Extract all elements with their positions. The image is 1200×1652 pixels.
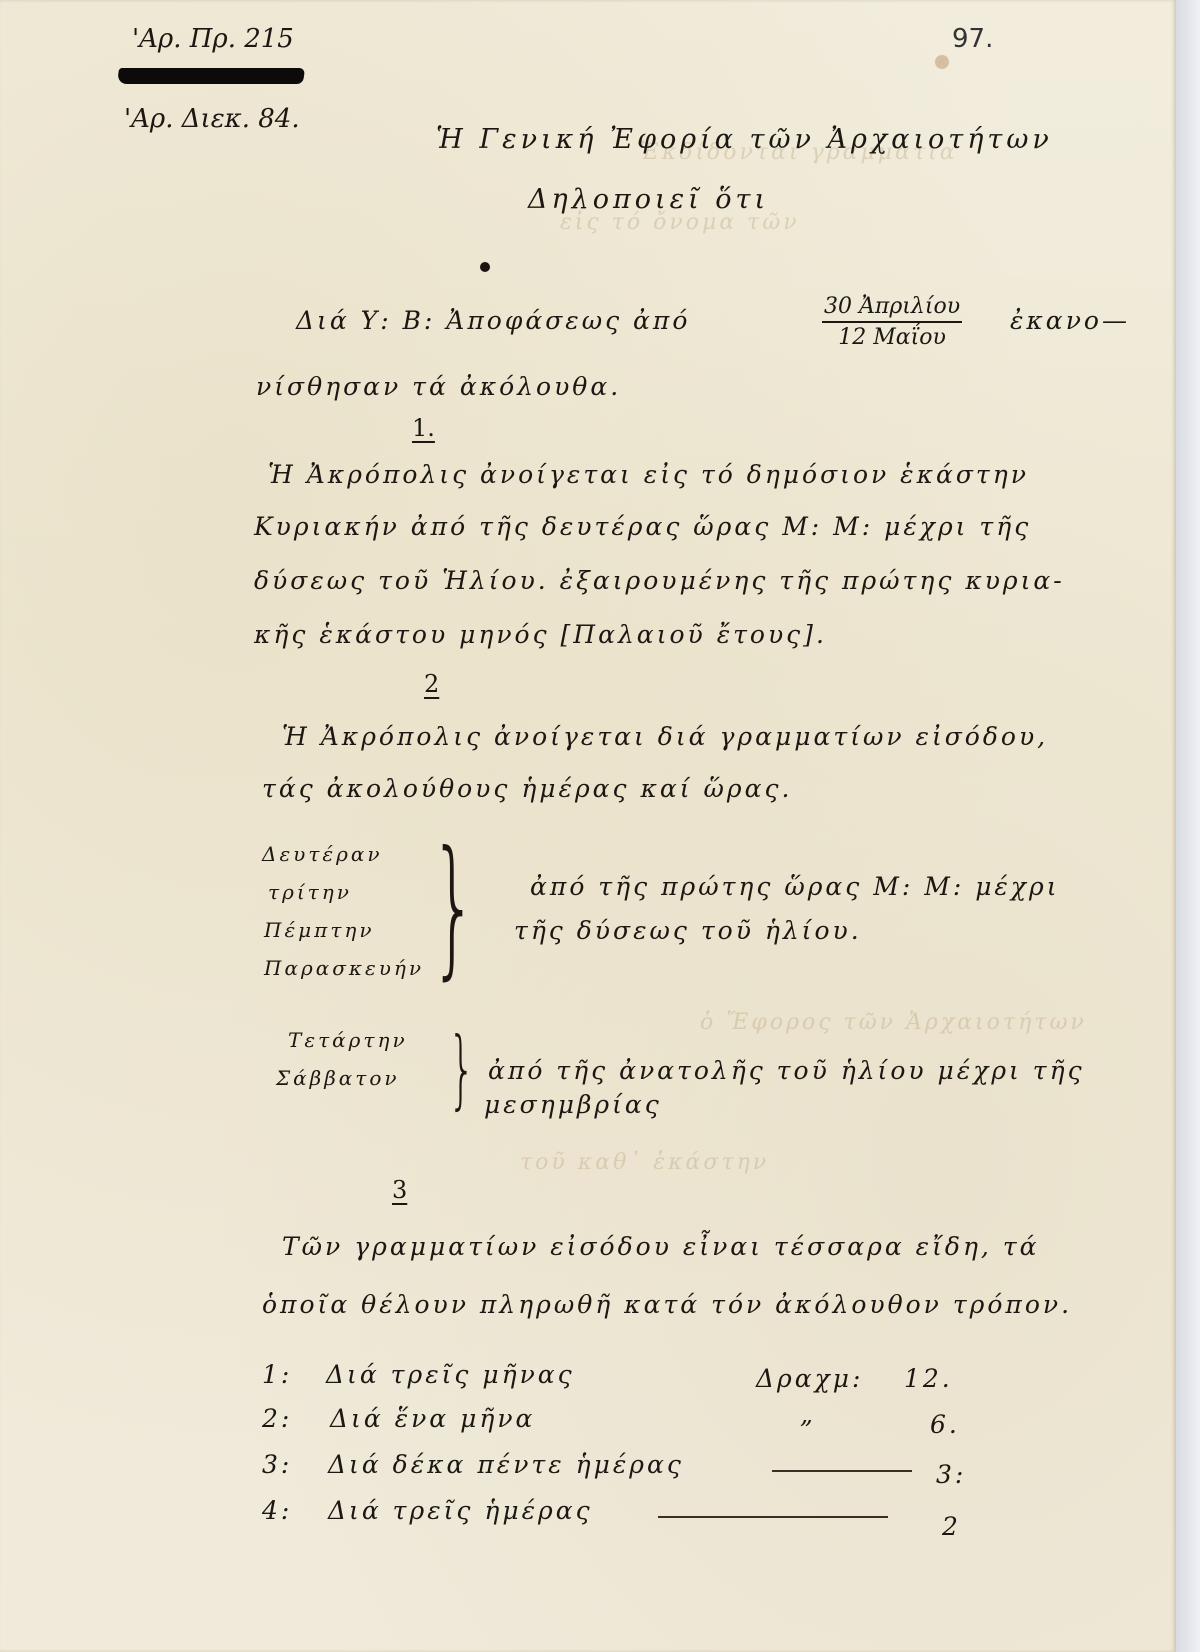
leader-line xyxy=(772,1470,912,1472)
section-1-line: Ἡ Ἀκρόπολις ἀνοίγεται εἰς τό δημόσιον ἑκ… xyxy=(268,460,1029,489)
section-number-2: 2 xyxy=(424,670,439,698)
fee-label: Διά ἕνα μῆνα xyxy=(330,1404,535,1433)
manuscript-page: Ἐκδίδονται γραμμάτια εἰς τό ὄνομα τῶν ὁ … xyxy=(0,0,1176,1652)
archive-ref-dispatch: 'Αρ. Διεκ. 84. xyxy=(124,104,300,134)
decree-date-old-style: 30 Ἀπριλίου xyxy=(822,294,962,323)
day-label: τρίτην xyxy=(268,880,352,904)
fee-unit: „ xyxy=(800,1400,816,1429)
ink-blot xyxy=(480,262,490,272)
hours-line: ἀπό τῆς ἀνατολῆς τοῦ ἡλίου μέχρι τῆς xyxy=(488,1056,1085,1085)
day-label: Τετάρτην xyxy=(288,1028,408,1052)
day-label: Πέμπτην xyxy=(264,918,375,942)
scan-background-edge xyxy=(1176,0,1200,1652)
folio-number: 97. xyxy=(952,24,993,54)
fee-index: 1: xyxy=(262,1360,292,1389)
decree-date-new-style: 12 Μαΐου xyxy=(822,323,962,350)
redaction-stroke xyxy=(117,68,305,84)
section-2-line: τάς ἀκολούθους ἡμέρας καί ὥρας. xyxy=(262,774,792,803)
hours-line: τῆς δύσεως τοῦ ἡλίου. xyxy=(514,916,862,945)
intro-line1: Διά Υ: Β: Ἀποφάσεως ἀπό xyxy=(296,306,690,335)
foxing-spot xyxy=(935,55,949,69)
curly-brace: } xyxy=(430,832,478,982)
section-number-3: 3 xyxy=(392,1176,407,1204)
fee-index: 4: xyxy=(262,1496,292,1525)
bleed-through-text: ὁ Ἔφορος τῶν Ἀρχαιοτήτων xyxy=(700,1010,1087,1035)
fee-index: 2: xyxy=(262,1404,292,1433)
fee-label: Διά τρεῖς μῆνας xyxy=(326,1360,575,1389)
curly-brace: } xyxy=(448,1026,475,1112)
fee-unit: Δραχμ: xyxy=(756,1364,863,1393)
archive-ref-protocol: 'Αρ. Πρ. 215 xyxy=(132,24,294,54)
day-label: Σάββατον xyxy=(276,1066,400,1090)
intro-line2: νίσθησαν τά ἀκόλουθα. xyxy=(256,372,621,401)
bleed-through-text: τοῦ καθ᾽ ἑκάστην xyxy=(520,1150,769,1175)
fee-amount: 3: xyxy=(936,1460,966,1489)
fee-label: Διά δέκα πέντε ἡμέρας xyxy=(328,1450,684,1479)
section-3-line: Τῶν γραμματίων εἰσόδου εἶναι τέσσαρα εἴδ… xyxy=(282,1232,1040,1261)
heading-title: Ἡ Γενική Ἐφορία τῶν Ἀρχαιοτήτων xyxy=(436,124,1053,155)
day-label: Δευτέραν xyxy=(262,842,383,866)
intro-line1-end: ἐκανο— xyxy=(1010,306,1130,335)
leader-line xyxy=(658,1516,888,1518)
section-2-line: Ἡ Ἀκρόπολις ἀνοίγεται διά γραμματίων εἰσ… xyxy=(282,722,1048,751)
fee-amount: 12. xyxy=(904,1364,953,1393)
hours-line: μεσημβρίας xyxy=(484,1090,662,1119)
section-1-line: κῆς ἑκάστου μηνός [Παλαιοῦ ἔτους]. xyxy=(254,620,827,649)
heading-declares: Δηλοποιεῖ ὅτι xyxy=(528,184,769,215)
section-3-line: ὁποῖα θέλουν πληρωθῆ κατά τόν ἀκόλουθον … xyxy=(262,1290,1072,1319)
section-1-line: Κυριακήν ἀπό τῆς δευτέρας ὥρας Μ: Μ: μέχ… xyxy=(254,512,1031,541)
hours-line: ἀπό τῆς πρώτης ὥρας Μ: Μ: μέχρι xyxy=(530,872,1060,901)
section-number-1: 1. xyxy=(412,414,435,442)
fee-amount: 6. xyxy=(930,1410,960,1439)
fee-amount: 2 xyxy=(942,1512,961,1541)
fee-index: 3: xyxy=(262,1450,292,1479)
day-label: Παρασκευήν xyxy=(264,956,424,980)
section-1-line: δύσεως τοῦ Ἡλίου. ἐξαιρουμένης τῆς πρώτη… xyxy=(254,566,1065,595)
fee-label: Διά τρεῖς ἡμέρας xyxy=(328,1496,593,1525)
decree-date: 30 Ἀπριλίου 12 Μαΐου xyxy=(822,294,962,350)
